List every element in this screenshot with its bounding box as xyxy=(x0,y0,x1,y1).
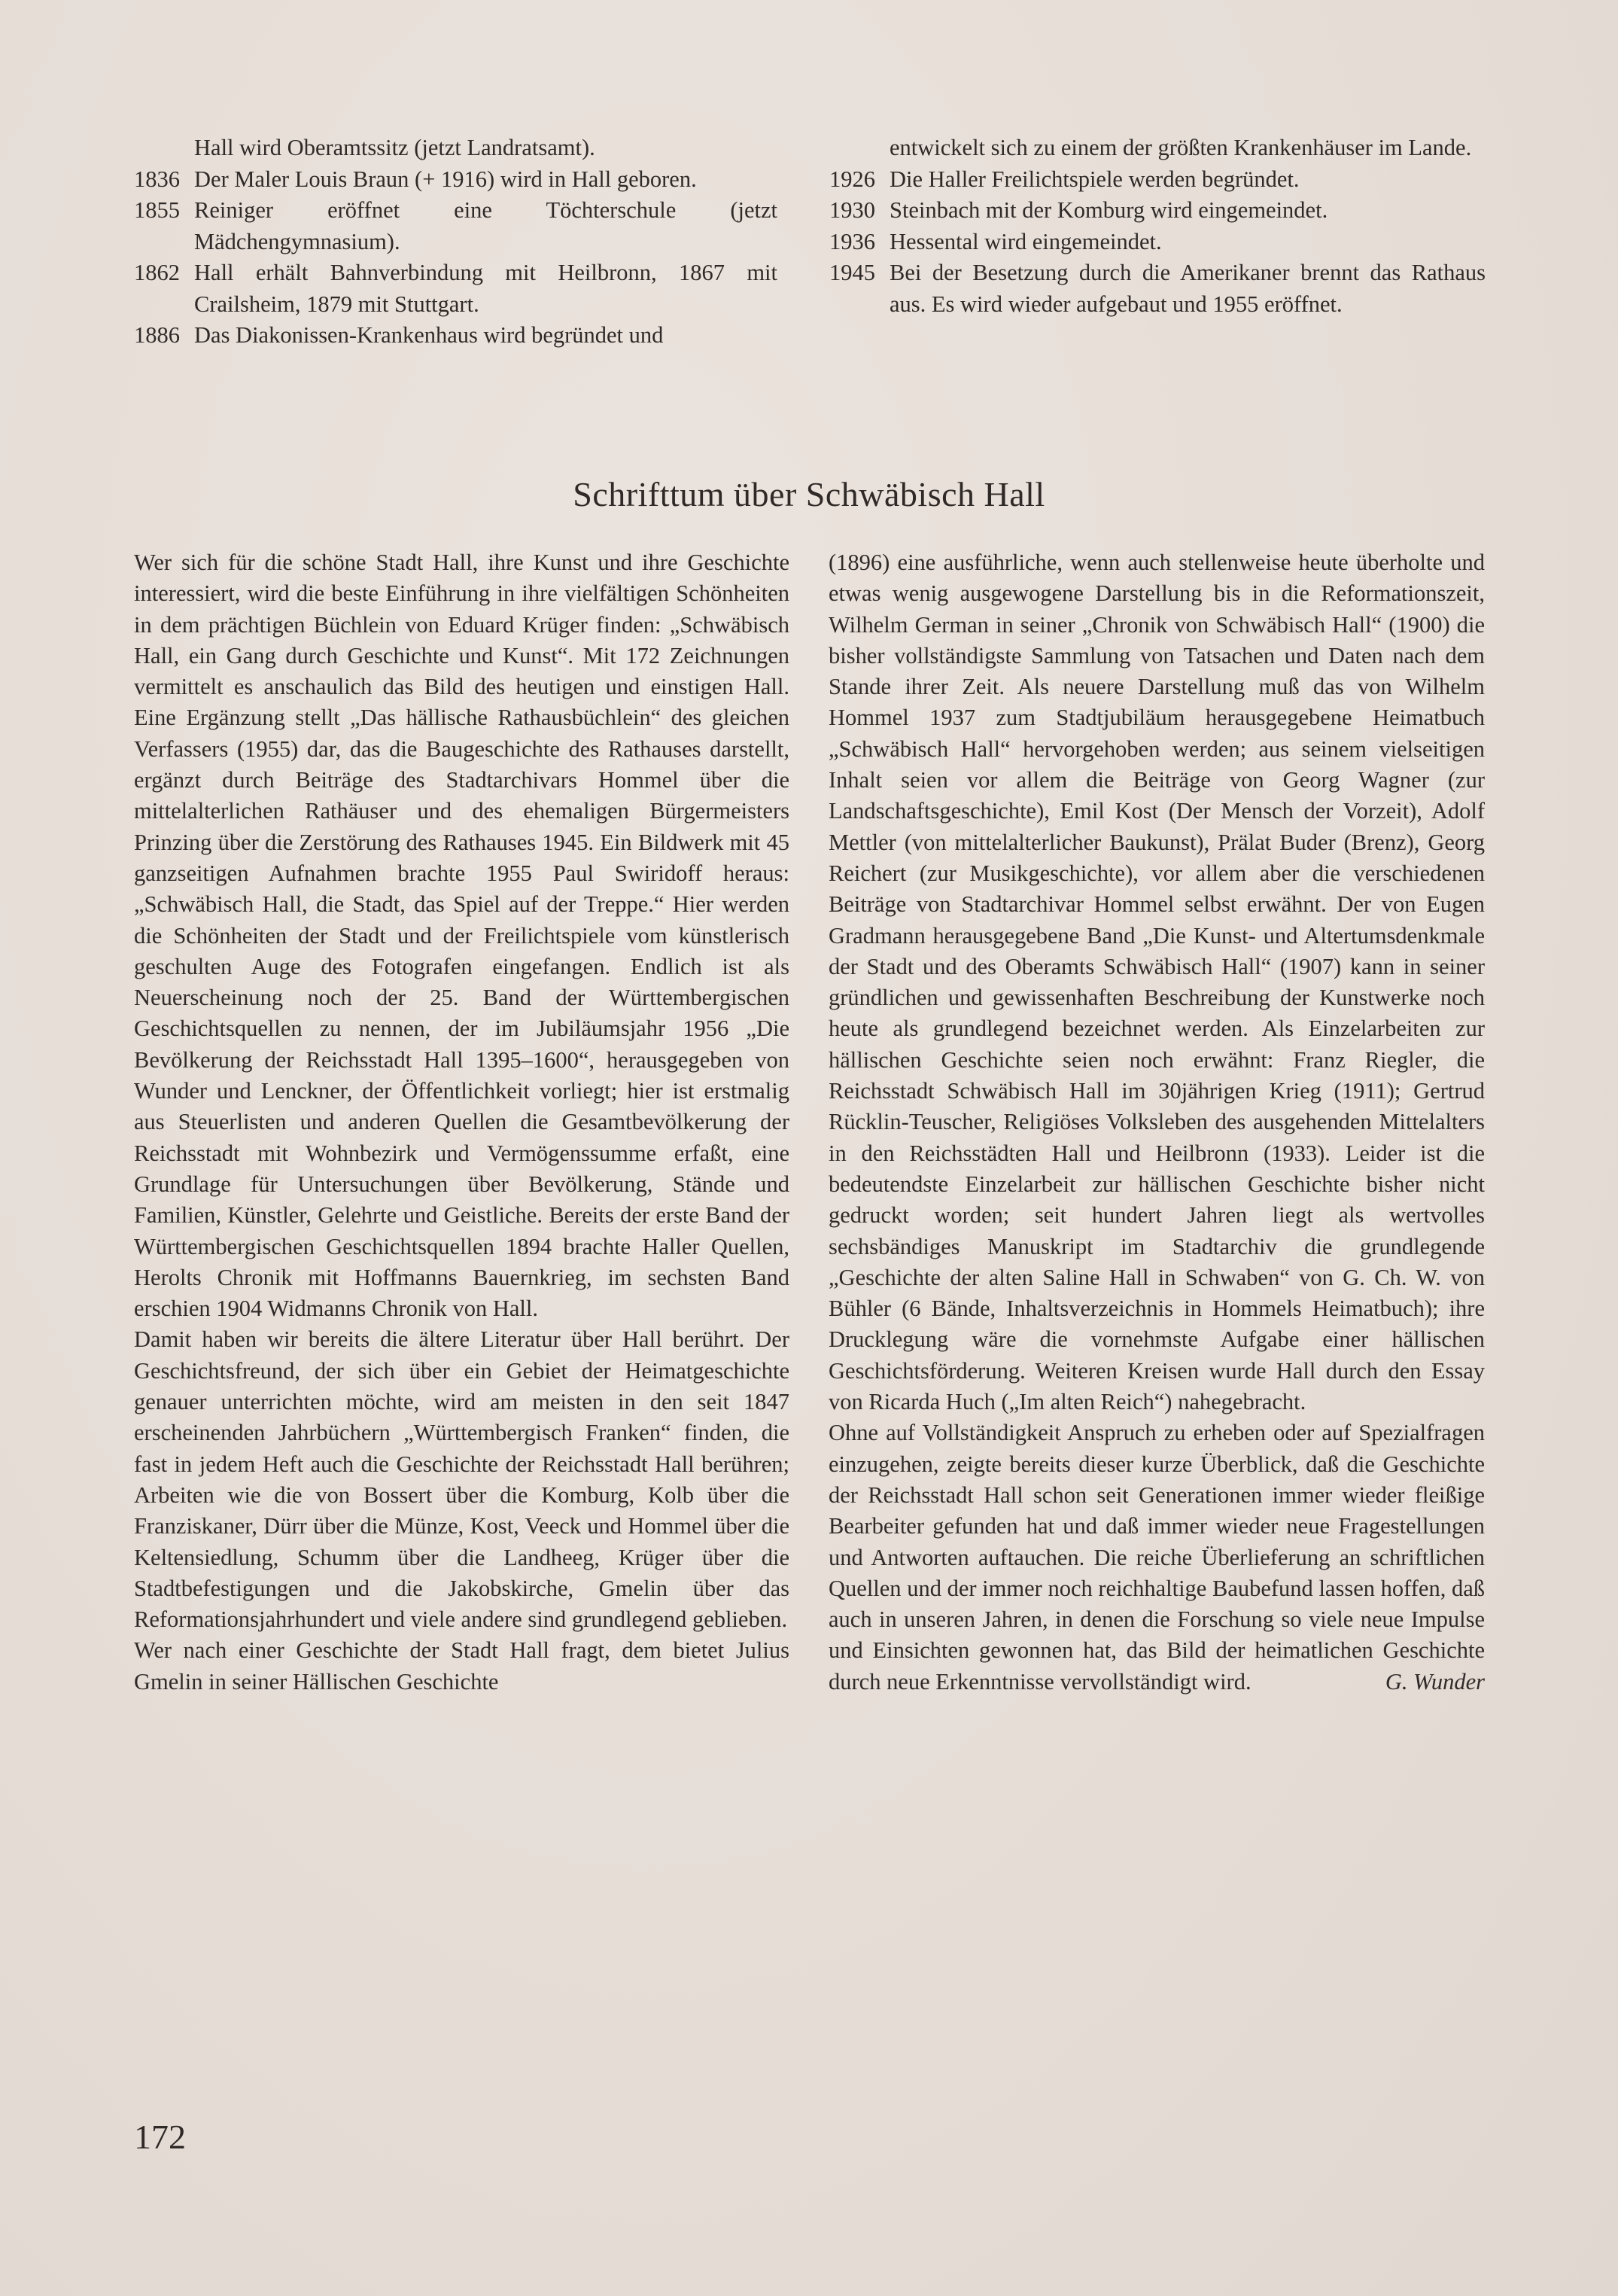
chronology-year: 1862 xyxy=(134,257,194,320)
chronology-text: Hall wird Oberamtssitz (jetzt Landratsam… xyxy=(194,132,777,164)
chronology-text: Hessental wird eingemeindet. xyxy=(890,227,1486,258)
article-left-column: Wer sich für die schöne Stadt Hall, ihre… xyxy=(134,547,789,1698)
chronology-left-column: Hall wird Oberamtssitz (jetzt Landratsam… xyxy=(134,132,777,352)
chronology-year: 1936 xyxy=(829,227,890,258)
paragraph-text: Ohne auf Vollständigkeit Anspruch zu erh… xyxy=(829,1420,1485,1694)
article-right-column: (1896) eine ausführliche, wenn auch stel… xyxy=(829,547,1485,1698)
chronology-text: Der Maler Louis Braun (+ 1916) wird in H… xyxy=(194,164,777,196)
paragraph: Damit haben wir bereits die ältere Liter… xyxy=(134,1324,789,1635)
chronology-year: 1855 xyxy=(134,195,194,257)
document-page: Hall wird Oberamtssitz (jetzt Landratsam… xyxy=(0,0,1618,2296)
chronology-entry: 1886 Das Diakonissen-Krankenhaus wird be… xyxy=(134,320,777,352)
chronology-year: 1836 xyxy=(134,164,194,196)
chronology-text: Bei der Besetzung durch die Amerikaner b… xyxy=(890,257,1486,320)
chronology-entry: entwickelt sich zu einem der größten Kra… xyxy=(829,132,1486,164)
chronology-text: entwickelt sich zu einem der größten Kra… xyxy=(890,132,1486,164)
paragraph: (1896) eine ausführliche, wenn auch stel… xyxy=(829,547,1485,1417)
author-signature: G. Wunder xyxy=(1385,1667,1485,1698)
paragraph-final: Ohne auf Vollständigkeit Anspruch zu erh… xyxy=(829,1417,1485,1698)
chronology-year: 1926 xyxy=(829,164,890,196)
chronology-entry: 1930 Steinbach mit der Komburg wird eing… xyxy=(829,195,1486,227)
section-title: Schrifttum über Schwäbisch Hall xyxy=(0,474,1618,514)
chronology-text: Die Haller Freilichtspiele werden begrün… xyxy=(890,164,1486,196)
chronology-entry: Hall wird Oberamtssitz (jetzt Landratsam… xyxy=(134,132,777,164)
chronology-entry: 1936 Hessental wird eingemeindet. xyxy=(829,227,1486,258)
chronology-entry: 1862 Hall erhält Bahnverbindung mit Heil… xyxy=(134,257,777,320)
chronology-text: Hall erhält Bahnverbindung mit Heilbronn… xyxy=(194,257,777,320)
chronology-text: Reiniger eröffnet eine Töchterschule (je… xyxy=(194,195,777,257)
chronology-year: 1945 xyxy=(829,257,890,320)
chronology-year: 1930 xyxy=(829,195,890,227)
chronology-entry: 1836 Der Maler Louis Braun (+ 1916) wird… xyxy=(134,164,777,196)
chronology-entry: 1945 Bei der Besetzung durch die Amerika… xyxy=(829,257,1486,320)
chronology-entry: 1926 Die Haller Freilichtspiele werden b… xyxy=(829,164,1486,196)
chronology-right-column: entwickelt sich zu einem der größten Kra… xyxy=(829,132,1486,320)
page-number: 172 xyxy=(134,2117,186,2157)
chronology-entry: 1855 Reiniger eröffnet eine Töchterschul… xyxy=(134,195,777,257)
paragraph: Wer nach einer Geschichte der Stadt Hall… xyxy=(134,1635,789,1698)
chronology-text: Steinbach mit der Komburg wird eingemein… xyxy=(890,195,1486,227)
paragraph: Wer sich für die schöne Stadt Hall, ihre… xyxy=(134,547,789,1324)
chronology-text: Das Diakonissen-Krankenhaus wird begründ… xyxy=(194,320,777,352)
chronology-year: 1886 xyxy=(134,320,194,352)
